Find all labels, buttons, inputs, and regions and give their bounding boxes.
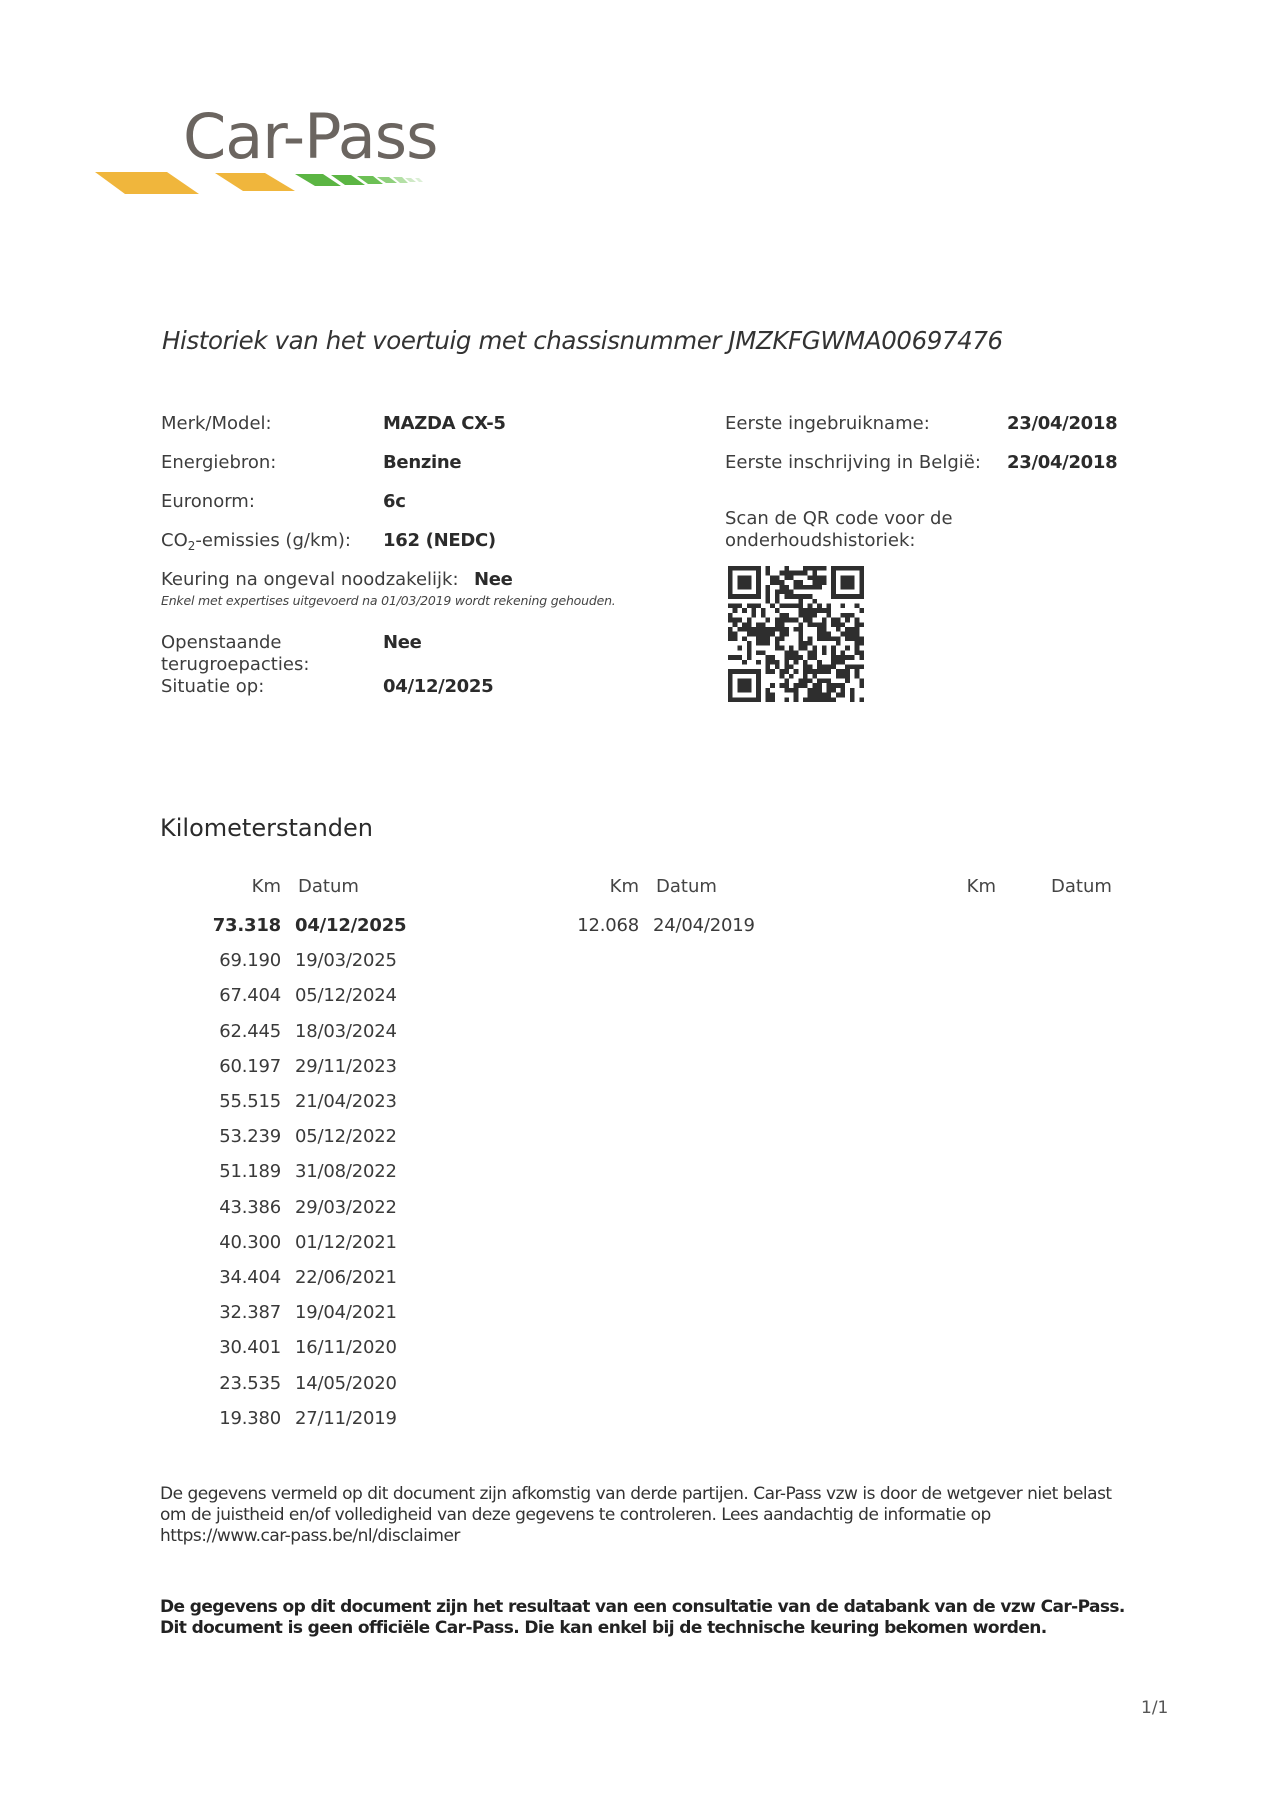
qr-caption-line1: Scan de QR code voor de (725, 508, 953, 529)
first-registration-value: 23/04/2018 (1007, 452, 1117, 473)
mileage-date-value: 19/03/2025 (295, 950, 397, 971)
mileage-km-value: 51.189 (181, 1161, 281, 1182)
mileage-date-value: 21/04/2023 (295, 1091, 397, 1112)
first-use-value: 23/04/2018 (1007, 413, 1117, 434)
mileage-km-value: 12.068 (539, 915, 639, 936)
mileage-date-value: 04/12/2025 (295, 915, 406, 936)
mileage-date-value: 16/11/2020 (295, 1337, 397, 1358)
disclaimer-text: De gegevens vermeld op dit document zijn… (160, 1484, 1120, 1547)
mileage-km-value: 34.404 (181, 1267, 281, 1288)
mileage-date-value: 27/11/2019 (295, 1408, 397, 1429)
mileage-date-value: 24/04/2019 (653, 915, 755, 936)
recalls-label-line2: terugroepacties: (161, 654, 309, 675)
mileage-date-value: 18/03/2024 (295, 1021, 397, 1042)
notice-line-2: Dit document is geen officiële Car-Pass.… (160, 1618, 1140, 1639)
qr-caption-line2: onderhoudshistoriek: (725, 530, 915, 551)
km-column-header: Km (956, 876, 996, 897)
recalls-label-line1: Openstaande (161, 632, 281, 653)
mileage-date-value: 31/08/2022 (295, 1161, 397, 1182)
km-column-header: Km (599, 876, 639, 897)
co2-value: 162 (NEDC) (383, 530, 496, 551)
mileage-km-value: 60.197 (181, 1056, 281, 1077)
co2-label-suffix: -emissies (g/km): (195, 530, 351, 551)
mileage-section-title: Kilometerstanden (160, 814, 373, 842)
accident-inspection-label: Keuring na ongeval noodzakelijk: (161, 569, 459, 590)
car-pass-logo-text: Car-Pass (183, 100, 437, 173)
mileage-date-value: 14/05/2020 (295, 1373, 397, 1394)
make-model-value: MAZDA CX-5 (383, 413, 506, 434)
mileage-km-value: 53.239 (181, 1126, 281, 1147)
first-registration-label: Eerste inschrijving in België: (725, 452, 981, 473)
mileage-km-value: 67.404 (181, 985, 281, 1006)
make-model-label: Merk/Model: (161, 413, 272, 434)
euronorm-label: Euronorm: (161, 491, 255, 512)
mileage-km-value: 19.380 (181, 1408, 281, 1429)
page-title: Historiek van het voertuig met chassisnu… (162, 326, 1003, 355)
mileage-date-value: 29/11/2023 (295, 1056, 397, 1077)
situation-value: 04/12/2025 (383, 676, 493, 697)
situation-label: Situatie op: (161, 676, 264, 697)
co2-label-prefix: CO (161, 530, 188, 551)
accident-inspection-note: Enkel met expertises uitgevoerd na 01/03… (161, 593, 616, 608)
km-column-header: Km (241, 876, 281, 897)
mileage-date-value: 01/12/2021 (295, 1232, 397, 1253)
euronorm-value: 6c (383, 491, 406, 512)
mileage-date-value: 29/03/2022 (295, 1197, 397, 1218)
mileage-date-value: 05/12/2024 (295, 985, 397, 1006)
notice-line-1: De gegevens op dit document zijn het res… (160, 1597, 1140, 1618)
mileage-date-value: 19/04/2021 (295, 1302, 397, 1323)
energy-label: Energiebron: (161, 452, 276, 473)
energy-value: Benzine (383, 452, 461, 473)
recalls-value: Nee (383, 632, 422, 653)
mileage-km-value: 73.318 (181, 915, 281, 936)
date-column-header: Datum (656, 876, 717, 897)
mileage-km-value: 23.535 (181, 1373, 281, 1394)
accident-inspection-value: Nee (474, 569, 513, 590)
mileage-date-value: 22/06/2021 (295, 1267, 397, 1288)
mileage-km-value: 55.515 (181, 1091, 281, 1112)
co2-label: CO2-emissies (g/km): (161, 530, 351, 551)
mileage-km-value: 69.190 (181, 950, 281, 971)
mileage-km-value: 62.445 (181, 1021, 281, 1042)
date-column-header: Datum (1051, 876, 1112, 897)
car-pass-logo-stripes-icon (95, 168, 455, 200)
date-column-header: Datum (298, 876, 359, 897)
mileage-km-value: 40.300 (181, 1232, 281, 1253)
first-use-label: Eerste ingebruikname: (725, 413, 930, 434)
qr-code-icon[interactable] (728, 566, 864, 702)
mileage-km-value: 32.387 (181, 1302, 281, 1323)
mileage-km-value: 43.386 (181, 1197, 281, 1218)
mileage-km-value: 30.401 (181, 1337, 281, 1358)
mileage-date-value: 05/12/2022 (295, 1126, 397, 1147)
page-number: 1/1 (1141, 1698, 1168, 1718)
notice-text: De gegevens op dit document zijn het res… (160, 1597, 1140, 1639)
